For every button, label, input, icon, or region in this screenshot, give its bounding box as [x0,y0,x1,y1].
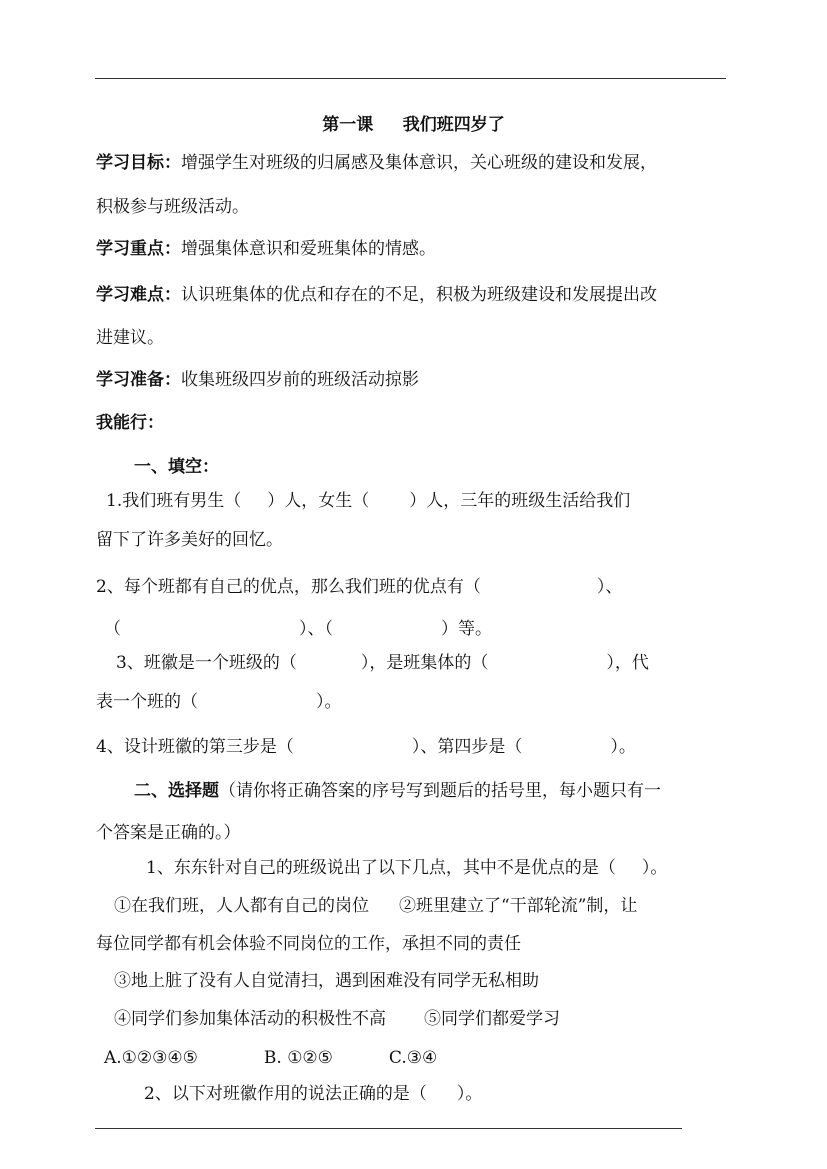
difficulties-line2: 进建议。 [96,328,164,348]
fill-q2-text-e: ）等。 [441,619,492,639]
preparation-text: 收集班级四岁前的班级活动掠影 [181,370,419,390]
difficulties-text: 认识班集体的优点和存在的不足，积极为班级建设和发展提出改 [181,285,657,305]
choice-q1-item-1: ①在我们班，人人都有自己的岗位 [114,896,369,916]
choice-q1-item-5: ⑤同学们都爱学习 [424,1009,560,1029]
footer-rule [95,1128,682,1129]
choice-q1-option-a[interactable]: A.①②③④⑤ [104,1048,198,1068]
choice-q1-item-3: ③地上脏了没有人自觉清扫，遇到困难没有同学无私相助 [114,971,539,991]
fill-q2-text-b: ）、 [597,577,623,597]
fill-q2-text-c: （ [104,619,121,639]
fill-q4-line1: 4、设计班徽的第三步是（）、第四步是（）。 [96,737,636,757]
fill-q4-text-c: ）。 [610,737,636,757]
lesson-number: 第一课 [322,115,373,135]
choice-q1-stem-text: 1、东东针对自己的班级说出了以下几点，其中不是优点的是（ [146,858,616,878]
fill-q3-text-a: 3、班徽是一个班级的（ [116,653,297,673]
choice-q2-stem-text: 2、以下对班徽作用的说法正确的是（ [144,1084,427,1104]
objectives-label: 学习目标： [96,153,181,173]
section2-instruction: （请你将正确答案的序号写到题后的括号里，每小题只有一 [219,781,661,801]
fill-q2-line1: 2、每个班都有自己的优点，那么我们班的优点有（）、 [96,577,622,597]
preparation-label: 学习准备： [96,370,181,390]
key-points-text: 增强集体意识和爱班集体的情感。 [181,239,436,259]
objectives-line1: 学习目标：增强学生对班级的归属感及集体意识，关心班级的建设和发展， [96,153,657,173]
choice-q1-options: A.①②③④⑤B. ①②⑤C.③④ [104,1048,437,1068]
difficulties-label: 学习难点： [96,285,181,305]
fill-q3-text-b: ），是班集体的（ [361,653,489,673]
page-title: 第一课 我们班四岁了 [0,110,827,135]
objectives-line2: 积极参与班级活动。 [96,197,249,217]
fill-q3-line1: 3、班徽是一个班级的（），是班集体的（），代 [116,653,649,673]
i-can-heading: 我能行： [96,413,164,433]
objectives-text: 增强学生对班级的归属感及集体意识，关心班级的建设和发展， [181,153,657,173]
preparation-line: 学习准备：收集班级四岁前的班级活动掠影 [96,370,419,390]
fill-q1-line1: 1.我们班有男生（）人，女生（）人，三年的班级生活给我们 [106,491,630,511]
fill-q2-text-a: 2、每个班都有自己的优点，那么我们班的优点有（ [96,577,481,597]
section1-heading: 一、填空： [134,457,219,477]
key-points-line: 学习重点：增强集体意识和爱班集体的情感。 [96,239,436,259]
fill-q2-line2: （）、（）等。 [104,619,492,639]
fill-q2-text-d: ）、（ [299,619,333,639]
fill-q3-text-d: 表一个班的（ [96,692,198,712]
choice-q2-stem-end: ）。 [457,1084,483,1104]
section2-instruction-line2: 个答案是正确的。） [96,823,241,843]
choice-q1-option-c[interactable]: C.③④ [389,1048,437,1068]
lesson-name: 我们班四岁了 [403,115,505,135]
header-rule [95,78,726,79]
fill-q3-text-c: ），代 [606,653,649,673]
fill-q4-text-a: 4、设计班徽的第三步是（ [96,737,294,757]
key-points-label: 学习重点： [96,239,181,259]
fill-q4-text-b: ）、第四步是（ [412,737,523,757]
fill-q3-text-e: ）。 [316,692,342,712]
choice-q1-items-line1: ①在我们班，人人都有自己的岗位②班里建立了“干部轮流”制，让 [114,896,637,916]
choice-q1-items-line4: ④同学们参加集体活动的积极性不高⑤同学们都爱学习 [114,1009,560,1029]
choice-q2-stem: 2、以下对班徽作用的说法正确的是（）。 [144,1084,482,1104]
fill-q3-line2: 表一个班的（）。 [96,692,342,712]
choice-q1-item-2: ②班里建立了“干部轮流”制，让 [399,896,637,916]
choice-q1-item-4: ④同学们参加集体活动的积极性不高 [114,1009,386,1029]
fill-q1-line2: 留下了许多美好的回忆。 [96,530,283,550]
choice-q1-stem-end: ）。 [642,858,668,878]
section2-heading: 二、选择题 [134,781,219,801]
fill-q1-text-b: ）人，女生（ [267,491,369,511]
choice-q1-option-b[interactable]: B. ①②⑤ [264,1048,333,1068]
choice-q1-item-2-cont: 每位同学都有机会体验不同岗位的工作，承担不同的责任 [96,934,521,954]
section2-heading-line: 二、选择题（请你将正确答案的序号写到题后的括号里，每小题只有一 [134,781,661,801]
difficulties-line1: 学习难点：认识班集体的优点和存在的不足，积极为班级建设和发展提出改 [96,285,657,305]
fill-q1-text-c: ）人，三年的班级生活给我们 [409,491,630,511]
fill-q1-text-a: 1.我们班有男生（ [106,491,241,511]
choice-q1-stem: 1、东东针对自己的班级说出了以下几点，其中不是优点的是（）。 [146,858,667,878]
